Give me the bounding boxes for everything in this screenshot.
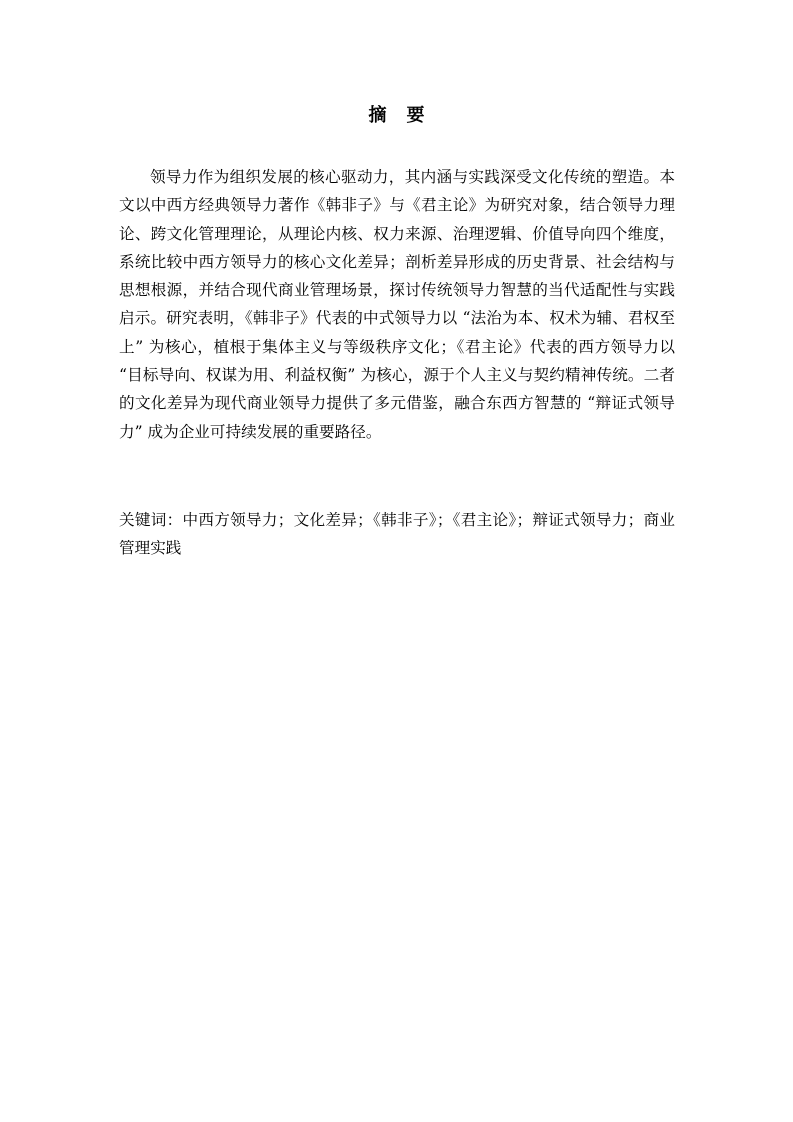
document-page: 摘要 领导力作为组织发展的核心驱动力，其内涵与实践深受文化传统的塑造。本文以中西… [0,0,793,1122]
keywords-line: 关键词：中西方领导力；文化差异；《韩非子》；《君主论》；辩证式领导力；商业管理实… [119,506,675,563]
title-char-2: 要 [407,104,425,128]
abstract-title: 摘要 [0,104,793,128]
title-char-1: 摘 [369,104,387,128]
keywords-label: 关键词： [119,511,183,529]
keywords-list: 中西方领导力；文化差异；《韩非子》；《君主论》；辩证式领导力；商业管理实践 [119,511,675,557]
abstract-paragraph: 领导力作为组织发展的核心驱动力，其内涵与实践深受文化传统的塑造。本文以中西方经典… [119,163,675,446]
